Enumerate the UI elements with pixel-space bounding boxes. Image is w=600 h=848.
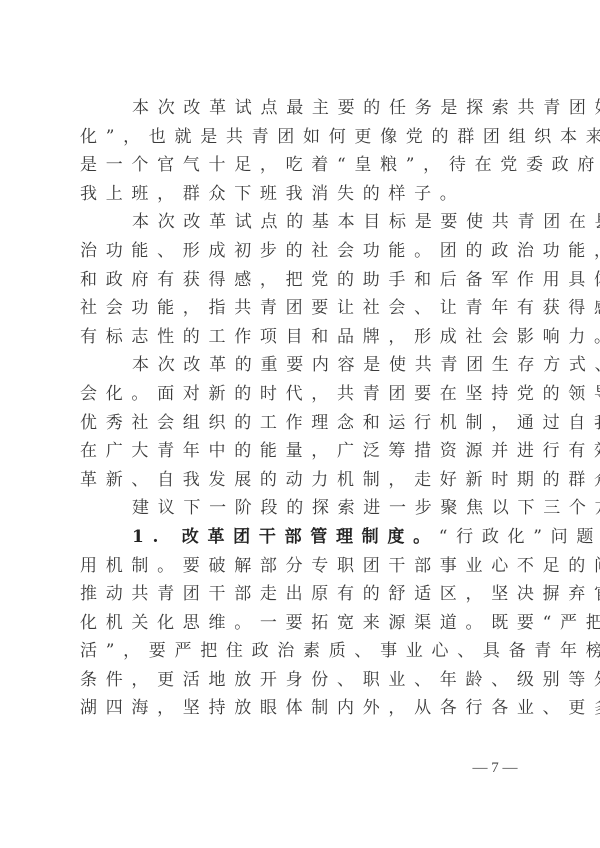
text-line: 本次改革试点的基本目标是要使共青团在县域恢复基本的政: [80, 208, 528, 237]
document-body: 本次改革试点最主要的任务是探索共青团如何“去行政 化”，也就是共青团如何更像党的…: [80, 94, 528, 723]
text-line: 在广大青年中的能量，广泛筹措资源并进行有效配置，形成自我: [80, 437, 528, 466]
page-number: — 7 —: [460, 760, 530, 777]
text-line: 治功能、形成初步的社会功能。团的政治功能，指共青团要让党: [80, 237, 528, 266]
text-line: 会化。面对新的时代，共青团要在坚持党的领导的前提下，对标: [80, 380, 528, 409]
document-page: 本次改革试点最主要的任务是探索共青团如何“去行政 化”，也就是共青团如何更像党的…: [0, 0, 600, 848]
text-line: 是一个官气十足，吃着“皇粮”，待在党委政府大院，群众上班: [80, 151, 528, 180]
text-line: 本次改革试点最主要的任务是探索共青团如何“去行政: [80, 94, 528, 123]
text-line: 化”，也就是共青团如何更像党的群团组织本来的样子，不能还: [80, 123, 528, 152]
text-line: 社会功能，指共青团要让社会、让青年有获得感，在县域形成具: [80, 294, 528, 323]
text-line: 推动共青团干部走出原有的舒适区，坚决摒弃官本位思想、行政: [80, 580, 528, 609]
text-line: 活”，要严把住政治素质、事业心、具备青年榜样潜质等核心: [80, 637, 528, 666]
text-line: 湖四海，坚持放眼体制内外，从各行各业、更多优秀的人才中真: [80, 694, 528, 723]
text-line: 优秀社会组织的工作理念和运行机制，通过自我奋斗去挖掘蕴藏: [80, 409, 528, 438]
text-line: 建议下一阶段的探索进一步聚焦以下三个方面。: [80, 494, 528, 523]
paragraph-5: 1. 改革团干部管理制度。“行政化”问题的要害是团干部选 用机制。要破解部分专职…: [80, 523, 528, 723]
text-line: 条件，更活地放开身份、职业、年龄、级别等外在条件，坚持五: [80, 666, 528, 695]
text-line: 有标志性的工作项目和品牌，形成社会影响力。: [80, 323, 528, 352]
section-heading: 1. 改革团干部管理制度。: [132, 527, 439, 547]
text-line: 1. 改革团干部管理制度。“行政化”问题的要害是团干部选: [80, 523, 528, 552]
paragraph-4: 建议下一阶段的探索进一步聚焦以下三个方面。: [80, 494, 528, 523]
text-line: 用机制。要破解部分专职团干部事业心不足的问题，真刀真枪地: [80, 552, 528, 581]
paragraph-3: 本次改革的重要内容是使共青团生存方式、活动方式更加社 会化。面对新的时代，共青团…: [80, 351, 528, 494]
text-line: 我上班，群众下班我消失的样子。: [80, 180, 528, 209]
text-line: 化机关化思维。一要拓宽来源渠道。既要“严把”也要“放: [80, 609, 528, 638]
paragraph-1: 本次改革试点最主要的任务是探索共青团如何“去行政 化”，也就是共青团如何更像党的…: [80, 94, 528, 208]
heading-line-rest: “行政化”问题的要害是团干部选: [439, 527, 600, 547]
text-line: 本次改革的重要内容是使共青团生存方式、活动方式更加社: [80, 351, 528, 380]
text-line: 和政府有获得感，把党的助手和后备军作用具体展现出来；团的: [80, 266, 528, 295]
paragraph-2: 本次改革试点的基本目标是要使共青团在县域恢复基本的政 治功能、形成初步的社会功能…: [80, 208, 528, 351]
text-line: 革新、自我发展的动力机制，走好新时期的群众路线。: [80, 466, 528, 495]
